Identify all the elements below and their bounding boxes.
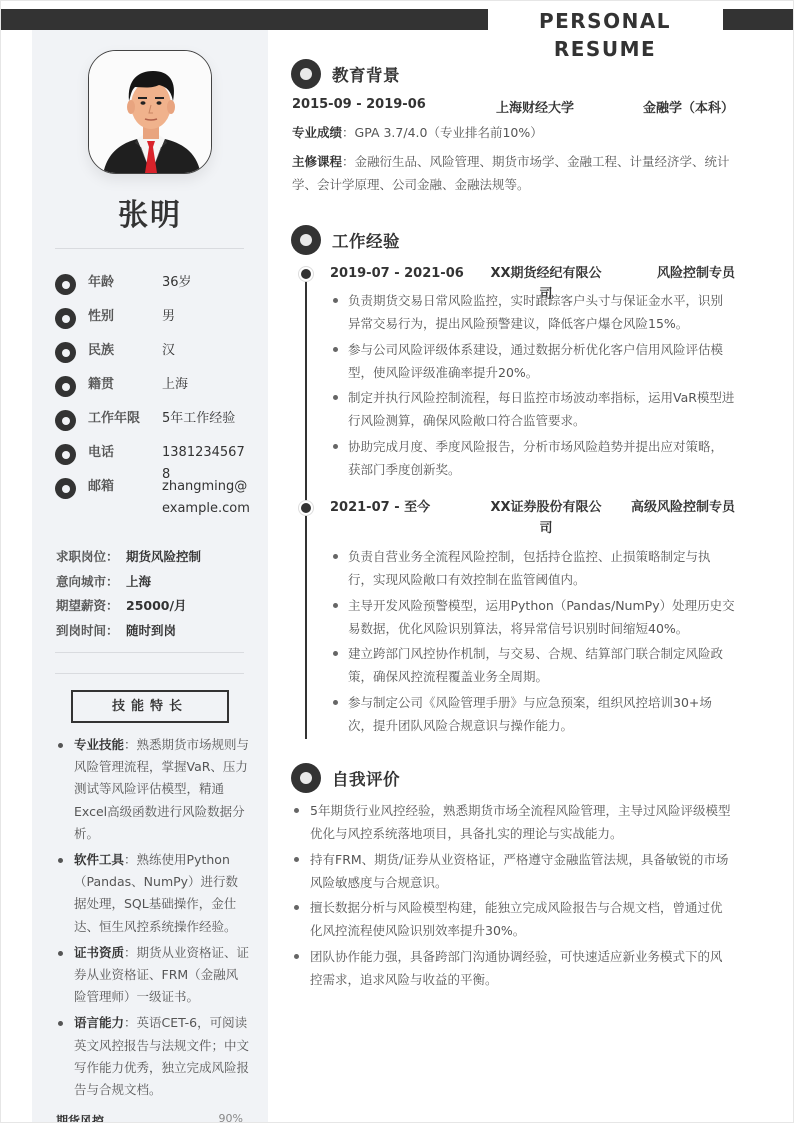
info-row-phone: 电话 13812345678 — [55, 442, 255, 476]
job-bullet: 负责自营业务全流程风险控制，包括持仓监控、止损策略制定与执行，实现风险敞口有效控… — [330, 545, 735, 591]
personal-info-list: 年龄 36岁 性别 男 民族 汉 籍贯 上海 工作年限 5年工作经验 — [55, 272, 255, 526]
info-value: 5年工作经验 — [162, 408, 252, 430]
courses-label: 主修课程 — [292, 154, 342, 169]
skill-item: 证书资质：期货从业资格证、证券从业资格证、FRM（金融风险管理师）一级证书。 — [55, 942, 250, 1009]
job-date: 2021-07 - 至今 — [330, 497, 488, 539]
ring-bullet-icon — [55, 410, 76, 431]
section-ring-icon — [291, 59, 321, 89]
section-header-evaluation: 自我评价 — [291, 763, 400, 793]
section-title: 教育背景 — [332, 62, 400, 86]
divider — [55, 673, 244, 674]
section-ring-icon — [291, 763, 321, 793]
ring-bullet-icon — [55, 342, 76, 363]
info-row-hometown: 籍贯 上海 — [55, 374, 255, 408]
separator: ： — [124, 1015, 137, 1030]
skill-item: 语言能力：英语CET-6，可阅读英文风控报告与法规文件；中文写作能力优秀，独立完… — [55, 1012, 250, 1101]
job-bullet: 负责期货交易日常风险监控，实时跟踪客户头寸与保证金水平，识别异常交易行为，提出风… — [330, 289, 735, 335]
avatar — [88, 50, 212, 174]
education-school: 上海财经大学 — [496, 97, 639, 116]
ring-bullet-icon — [55, 308, 76, 329]
skill-bar-label: 期货风控 — [56, 1112, 104, 1123]
job-bullet: 参与制定公司《风险管理手册》与应急预案，组织风控培训30+场次，提升团队风险合规… — [330, 691, 735, 737]
skill-label: 证书资质 — [74, 945, 124, 960]
info-label: 邮箱 — [88, 476, 162, 498]
intent-row: 到岗时间： 随时到岗 — [56, 619, 256, 644]
education-date: 2015-09 - 2019-06 — [292, 97, 496, 116]
skill-item: 软件工具：熟练使用Python（Pandas、NumPy）进行数据处理，SQL基… — [55, 849, 250, 938]
intent-label: 期望薪资： — [56, 594, 126, 619]
info-row-email: 邮箱 zhangming@example.com — [55, 476, 255, 526]
intent-label: 求职岗位： — [56, 545, 126, 570]
skill-label: 软件工具 — [74, 852, 124, 867]
info-row-work-years: 工作年限 5年工作经验 — [55, 408, 255, 442]
job-bullets: 负责期货交易日常风险监控，实时跟踪客户头寸与保证金水平，识别异常交易行为，提出风… — [330, 289, 735, 483]
sidebar: 张明 年龄 36岁 性别 男 民族 汉 籍贯 上海 — [32, 30, 268, 1123]
courses-text: 金融衍生品、风险管理、期货市场学、金融工程、计量经济学、统计学、会计学原理、公司… — [292, 154, 730, 192]
section-header-experience: 工作经验 — [291, 225, 400, 255]
info-label: 籍贯 — [88, 374, 162, 396]
skills-list: 专业技能：熟悉期货市场规则与风险管理流程，掌握VaR、压力测试等风险评估模型，精… — [55, 734, 250, 1105]
separator: ： — [342, 125, 355, 140]
education-major: 金融学（本科） — [639, 97, 734, 116]
skill-label: 专业技能 — [74, 737, 124, 752]
evaluation-item: 5年期货行业风控经验，熟悉期货市场全流程风险管理，主导过风险评级模型优化与风控系… — [292, 799, 734, 845]
info-value: 上海 — [162, 374, 252, 396]
timeline-dot-icon — [299, 501, 313, 515]
info-value: 男 — [162, 306, 252, 328]
section-title: 自我评价 — [332, 766, 400, 790]
info-label: 电话 — [88, 442, 162, 464]
ring-bullet-icon — [55, 444, 76, 465]
intent-value: 上海 — [126, 570, 151, 595]
info-value: 汉 — [162, 340, 252, 362]
education-courses: 主修课程：金融衍生品、风险管理、期货市场学、金融工程、计量经济学、统计学、会计学… — [292, 150, 734, 196]
skill-item: 专业技能：熟悉期货市场规则与风险管理流程，掌握VaR、压力测试等风险评估模型，精… — [55, 734, 250, 845]
job-company: XX证券股份有限公司 — [488, 497, 604, 539]
divider — [55, 652, 244, 653]
separator: ： — [124, 852, 137, 867]
gpa-label: 专业成绩 — [292, 125, 342, 140]
evaluation-item: 持有FRM、期货/证券从业资格证，严格遵守金融监管法规，具备敏锐的市场风险敏感度… — [292, 848, 734, 894]
intent-label: 到岗时间： — [56, 619, 126, 644]
section-title: 工作经验 — [332, 228, 400, 252]
skills-heading: 技能特长 — [71, 690, 229, 723]
info-row-age: 年龄 36岁 — [55, 272, 255, 306]
job-bullet: 建立跨部门风控协作机制，与交易、合规、结算部门联合制定风险政策，确保风控流程覆盖… — [330, 642, 735, 688]
evaluation-item: 团队协作能力强，具备跨部门沟通协调经验，可快速适应新业务模式下的风控需求，追求风… — [292, 945, 734, 991]
header-bar-right — [723, 9, 794, 30]
header-bar-left — [1, 9, 488, 30]
info-label: 性别 — [88, 306, 162, 328]
section-ring-icon — [291, 225, 321, 255]
info-label: 年龄 — [88, 272, 162, 294]
gpa-text: GPA 3.7/4.0（专业排名前10%） — [355, 125, 543, 140]
intent-value: 25000/月 — [126, 594, 187, 619]
intent-row: 期望薪资： 25000/月 — [56, 594, 256, 619]
email-value[interactable]: zhangming@example.com — [162, 476, 252, 520]
info-label: 民族 — [88, 340, 162, 362]
separator: ： — [124, 737, 137, 752]
job-bullet: 协助完成月度、季度风险报告，分析市场风险趋势并提出应对策略，获部门季度创新奖。 — [330, 435, 735, 481]
job-bullet: 参与公司风险评级体系建设，通过数据分析优化客户信用风险评估模型，使风险评级准确率… — [330, 338, 735, 384]
candidate-name: 张明 — [32, 190, 268, 234]
info-row-gender: 性别 男 — [55, 306, 255, 340]
job-bullet: 制定并执行风险控制流程，每日监控市场波动率指标，运用VaR模型进行风险测算，确保… — [330, 386, 735, 432]
skill-bar: 期货风控 90% — [56, 1112, 243, 1123]
info-row-ethnicity: 民族 汉 — [55, 340, 255, 374]
skill-label: 语言能力 — [74, 1015, 124, 1030]
job-bullets: 负责自营业务全流程风险控制，包括持仓监控、止损策略制定与执行，实现风险敞口有效控… — [330, 545, 735, 739]
job-bullet: 主导开发风险预警模型，运用Python（Pandas/NumPy）处理历史交易数… — [330, 594, 735, 640]
intent-row: 意向城市： 上海 — [56, 570, 256, 595]
job-header: 2021-07 - 至今 XX证券股份有限公司 高级风险控制专员 — [330, 497, 735, 539]
ring-bullet-icon — [55, 478, 76, 499]
intent-label: 意向城市： — [56, 570, 126, 595]
resume-title: PERSONAL RESUME — [488, 7, 722, 33]
info-value: 36岁 — [162, 272, 252, 294]
divider — [55, 248, 244, 249]
skill-bar-percent: 90% — [219, 1112, 243, 1123]
job-position: 高级风险控制专员 — [604, 497, 735, 539]
timeline-dot-icon — [299, 267, 313, 281]
education-entry: 2015-09 - 2019-06 上海财经大学 金融学（本科） — [292, 97, 734, 116]
education-gpa: 专业成绩：GPA 3.7/4.0（专业排名前10%） — [292, 121, 734, 144]
separator: ： — [342, 154, 355, 169]
info-label: 工作年限 — [88, 408, 162, 430]
separator: ： — [124, 945, 137, 960]
skill-text: 熟悉期货市场规则与风险管理流程，掌握VaR、压力测试等风险评估模型，精通Exce… — [74, 737, 249, 841]
job-intent: 求职岗位： 期货风险控制 意向城市： 上海 期望薪资： 25000/月 到岗时间… — [56, 545, 256, 643]
portrait-illustration-icon — [89, 51, 212, 174]
ring-bullet-icon — [55, 376, 76, 397]
evaluation-item: 擅长数据分析与风险模型构建，能独立完成风险报告与合规文档，曾通过优化风控流程使风… — [292, 896, 734, 942]
ring-bullet-icon — [55, 274, 76, 295]
intent-row: 求职岗位： 期货风险控制 — [56, 545, 256, 570]
resume-page: PERSONAL RESUME — [0, 0, 794, 1123]
intent-value: 期货风险控制 — [126, 545, 201, 570]
intent-value: 随时到岗 — [126, 619, 176, 644]
section-header-education: 教育背景 — [291, 59, 400, 89]
evaluation-list: 5年期货行业风控经验，熟悉期货市场全流程风险管理，主导过风险评级模型优化与风控系… — [292, 799, 734, 993]
